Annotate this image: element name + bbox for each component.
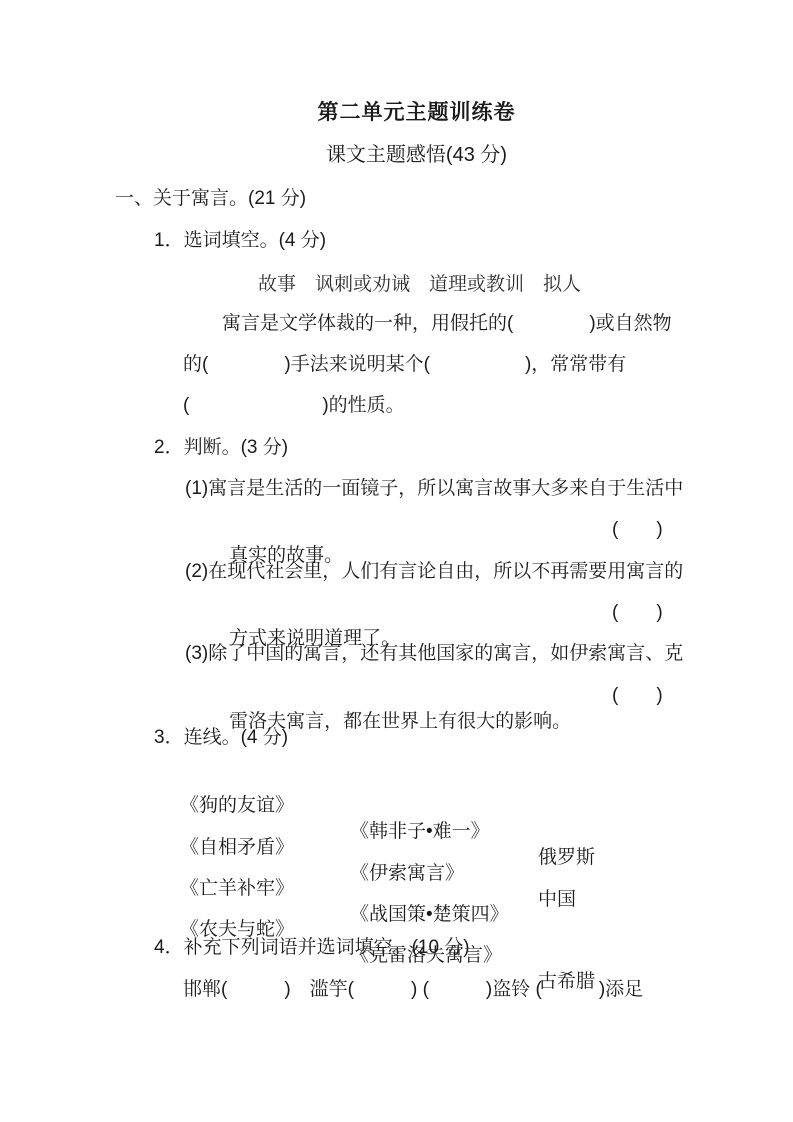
q1-paragraph-line-1: 寓言是文学体裁的一种，用假托的( )或自然物 [0, 311, 793, 337]
q2-item1-line1: (1)寓言是生活的一面镜子，所以寓言故事大多来自于生活中 [0, 476, 793, 502]
q2-item2-answer-blank: ( ) [612, 600, 663, 626]
q2-item3-answer-blank: ( ) [612, 683, 663, 709]
q4-label: 4．补充下列词语并选词填空。(10 分) [0, 935, 793, 961]
worksheet-page: 第二单元主题训练卷 课文主题感悟(43 分) 一、关于寓言。(21 分) 1．选… [0, 0, 793, 1122]
page-title: 第二单元主题训练卷 [40, 100, 793, 126]
section-1-heading: 一、关于寓言。(21 分) [0, 186, 793, 212]
q2-item3-line1: (3)除了中国的寓言，还有其他国家的寓言，如伊索寓言、克 [0, 641, 793, 667]
q2-item1-answer-blank: ( ) [612, 517, 663, 543]
q1-label: 1．选词填空。(4 分) [0, 228, 793, 254]
score-section-heading: 课文主题感悟(43 分) [40, 142, 793, 168]
q4-fill-line: 邯郸( ) 滥竽( ) ( )盗铃 ( )添足 [0, 977, 793, 1003]
q1-paragraph-line-2: 的( )手法来说明某个( )，常常带有 [0, 352, 793, 378]
q2-label: 2．判断。(3 分) [0, 435, 793, 461]
q1-paragraph-line-3: ( )的性质。 [0, 393, 793, 419]
q1-word-bank: 故事 讽刺或劝诫 道理或教训 拟人 [0, 272, 793, 298]
q2-item2-line1: (2)在现代社会里，人们有言论自由，所以不再需要用寓言的 [0, 559, 793, 585]
q3-label: 3．连线。(4 分) [0, 725, 793, 751]
